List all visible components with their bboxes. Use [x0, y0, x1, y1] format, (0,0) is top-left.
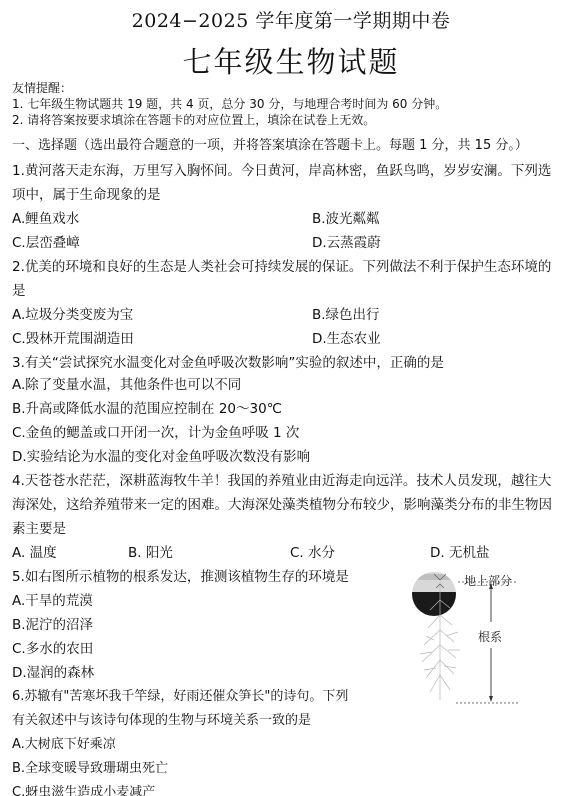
- question-3-option-a: A.除了变量水温，其他条件也可以不同: [12, 376, 241, 394]
- exam-subject-title: 七年级生物试题: [0, 40, 582, 81]
- question-1-option-a: A.鲤鱼戏水: [12, 210, 79, 228]
- question-2-option-b: B.绿色出行: [312, 306, 380, 324]
- question-5-option-a: A.干旱的荒漠: [12, 592, 93, 610]
- question-6-text: 有关叙述中与该诗句体现的生物与环境关系一致的是: [12, 712, 311, 730]
- question-3-option-b: B.升高或降低水温的范围应控制在 20～30℃: [12, 400, 282, 418]
- question-4-text: 素主要是: [12, 520, 66, 538]
- question-4-option-c: C. 水分: [290, 544, 335, 562]
- question-5-option-c: C.多水的农田: [12, 640, 93, 658]
- root-system-figure: 地上部分 根系: [410, 570, 580, 710]
- question-2-option-a: A.垃圾分类变废为宝: [12, 306, 133, 324]
- question-6-text: 6.苏辙有"苦寒坏我千竿绿，好雨还催众笋长"的诗句。下列: [12, 688, 348, 706]
- question-2-text: 是: [12, 282, 26, 300]
- question-1-option-d: D.云蒸霞蔚: [312, 234, 381, 252]
- exam-page: 2024−2025 学年度第一学期期中卷 七年级生物试题 友情提醒： 1. 七年…: [0, 0, 582, 796]
- question-6-option-c: C.蚜虫滋生造成小麦减产: [12, 784, 155, 796]
- figure-label-root: 根系: [478, 628, 502, 645]
- question-5-text: 5.如右图所示植物的根系发达，推测该植物生存的环境是: [12, 568, 349, 586]
- notes-heading: 友情提醒：: [12, 80, 72, 96]
- question-6-option-b: B.全球变暖导致珊瑚虫死亡: [12, 760, 168, 778]
- exam-term-title: 2024−2025 学年度第一学期期中卷: [0, 6, 582, 33]
- note-item: 2. 请将答案按要求填涂在答题卡的对应位置上，填涂在试卷上无效。: [12, 112, 375, 128]
- question-5-option-b: B.泥泞的沼泽: [12, 616, 93, 634]
- question-3-option-c: C.金鱼的鳃盖或口开闭一次，计为金鱼呼吸 1 次: [12, 424, 299, 442]
- question-1-text: 1.黄河落天走东海，万里写入胸怀间。今日黄河，岸高林密，鱼跃鸟鸣，岁岁安澜。下列…: [12, 162, 551, 180]
- question-5-option-d: D.湿润的森林: [12, 664, 94, 682]
- question-2-text: 2.优美的环境和良好的生态是人类社会可持续发展的保证。下列做法不利于保护生态环境…: [12, 258, 551, 276]
- section-title: 一、选择题（选出最符合题意的一项，并将答案填涂在答题卡上。每题 1 分，共 15…: [12, 137, 528, 155]
- question-4-option-d: D. 无机盐: [430, 544, 489, 562]
- question-4-text: 4.天苍苍水茫茫，深耕蓝海牧牛羊！我国的养殖业由近海走向远洋。技术人员发现，越往…: [12, 472, 551, 490]
- question-2-option-c: C.毁林开荒围湖造田: [12, 330, 134, 348]
- question-6-option-a: A.大树底下好乘凉: [12, 736, 116, 754]
- question-2-option-d: D.生态农业: [312, 330, 381, 348]
- question-1-option-c: C.层峦叠嶂: [12, 234, 80, 252]
- question-3-text: 3.有关“尝试探究水温变化对金鱼呼吸次数影响”实验的叙述中，正确的是: [12, 354, 444, 372]
- question-1-text: 项中，属于生命现象的是: [12, 186, 161, 204]
- figure-label-above-ground: 地上部分: [464, 572, 512, 589]
- note-item: 1. 七年级生物试题共 19 题，共 4 页，总分 30 分，与地理合考时间为 …: [12, 96, 447, 112]
- question-1-option-b: B.波光粼粼: [312, 210, 380, 228]
- question-4-text: 海深处，这给养殖带来一定的困难。大海深处藻类植物分布较少，影响藻类分布的非生物因: [12, 496, 552, 514]
- question-4-option-a: A. 温度: [12, 544, 57, 562]
- question-3-option-d: D.实验结论为水温的变化对金鱼呼吸次数没有影响: [12, 448, 310, 466]
- question-4-option-b: B. 阳光: [128, 544, 173, 562]
